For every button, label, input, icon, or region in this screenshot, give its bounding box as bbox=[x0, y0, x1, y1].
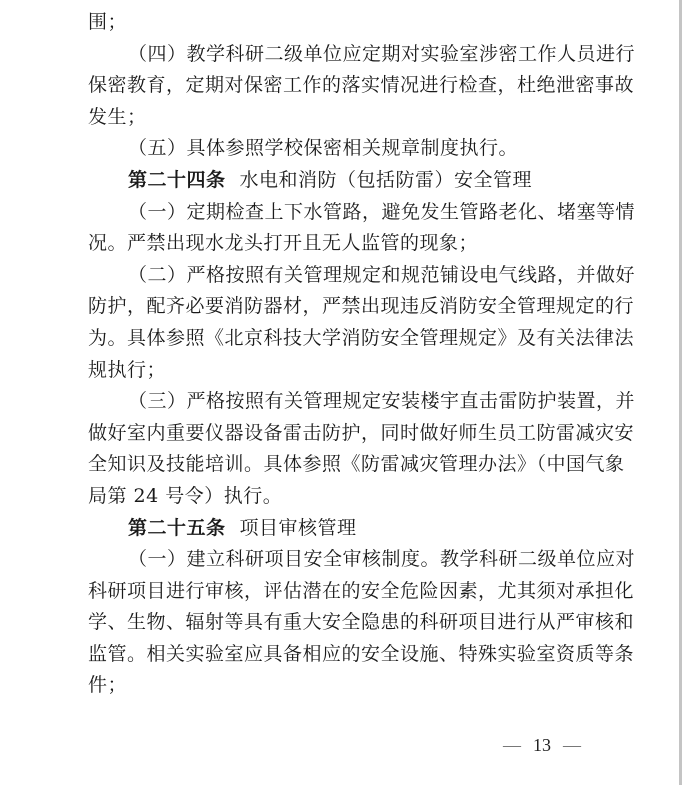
text-line: 防护，配齐必要消防器材，严禁出现违反消防安全管理规定的行 bbox=[88, 291, 594, 323]
text-line: 学、生物、辐射等具有重大安全隐患的科研项目进行从严审核和 bbox=[88, 607, 594, 639]
text-line: 保密教育，定期对保密工作的落实情况进行检查，杜绝泄密事故 bbox=[88, 70, 594, 102]
text-line: 件； bbox=[88, 670, 594, 702]
footer-dash-right: — bbox=[563, 735, 581, 755]
text-line: 局第 24 号令）执行。 bbox=[88, 481, 594, 513]
footer-dash-left: — bbox=[503, 735, 521, 755]
article-number: 第二十四条 bbox=[128, 169, 226, 191]
text-line: 监管。相关实验室应具备相应的安全设施、特殊实验室资质等条 bbox=[88, 639, 594, 671]
article-number: 第二十五条 bbox=[128, 517, 226, 539]
text-line: 况。严禁出现水龙头打开且无人监管的现象； bbox=[88, 228, 594, 260]
text-line: 规执行； bbox=[88, 355, 594, 387]
text-line: 为。具体参照《北京科技大学消防安全管理规定》及有关法律法 bbox=[88, 323, 594, 355]
text-line: （一）建立科研项目安全审核制度。教学科研二级单位应对 bbox=[88, 544, 594, 576]
text-line: 科研项目进行审核，评估潜在的安全危险因素，尤其须对承担化 bbox=[88, 576, 594, 608]
article-title: 项目审核管理 bbox=[240, 517, 357, 539]
text-line: 全知识及技能培训。具体参照《防雷减灾管理办法》（中国气象 bbox=[88, 449, 594, 481]
text-line: （五）具体参照学校保密相关规章制度执行。 bbox=[88, 133, 594, 165]
text-line: 发生； bbox=[88, 102, 594, 134]
text-line: （一）定期检查上下水管路，避免发生管路老化、堵塞等情 bbox=[88, 197, 594, 229]
page-number: 13 bbox=[533, 735, 551, 755]
text-line: （三）严格按照有关管理规定安装楼宇直击雷防护装置，并 bbox=[88, 386, 594, 418]
page-footer: —13— bbox=[503, 735, 581, 756]
text-line: （二）严格按照有关管理规定和规范铺设电气线路，并做好 bbox=[88, 260, 594, 292]
document-page: 围； （四）教学科研二级单位应定期对实验室涉密工作人员进行 保密教育，定期对保密… bbox=[0, 0, 679, 785]
article-25-heading-line: 第二十五条项目审核管理 bbox=[88, 513, 594, 545]
article-title: 水电和消防（包括防雷）安全管理 bbox=[240, 169, 533, 191]
article-24-heading-line: 第二十四条水电和消防（包括防雷）安全管理 bbox=[88, 165, 594, 197]
text-line: 围； bbox=[88, 7, 594, 39]
text-line: （四）教学科研二级单位应定期对实验室涉密工作人员进行 bbox=[88, 39, 594, 71]
document-body: 围； （四）教学科研二级单位应定期对实验室涉密工作人员进行 保密教育，定期对保密… bbox=[88, 7, 594, 702]
text-line: 做好室内重要仪器设备雷击防护，同时做好师生员工防雷减灾安 bbox=[88, 418, 594, 450]
